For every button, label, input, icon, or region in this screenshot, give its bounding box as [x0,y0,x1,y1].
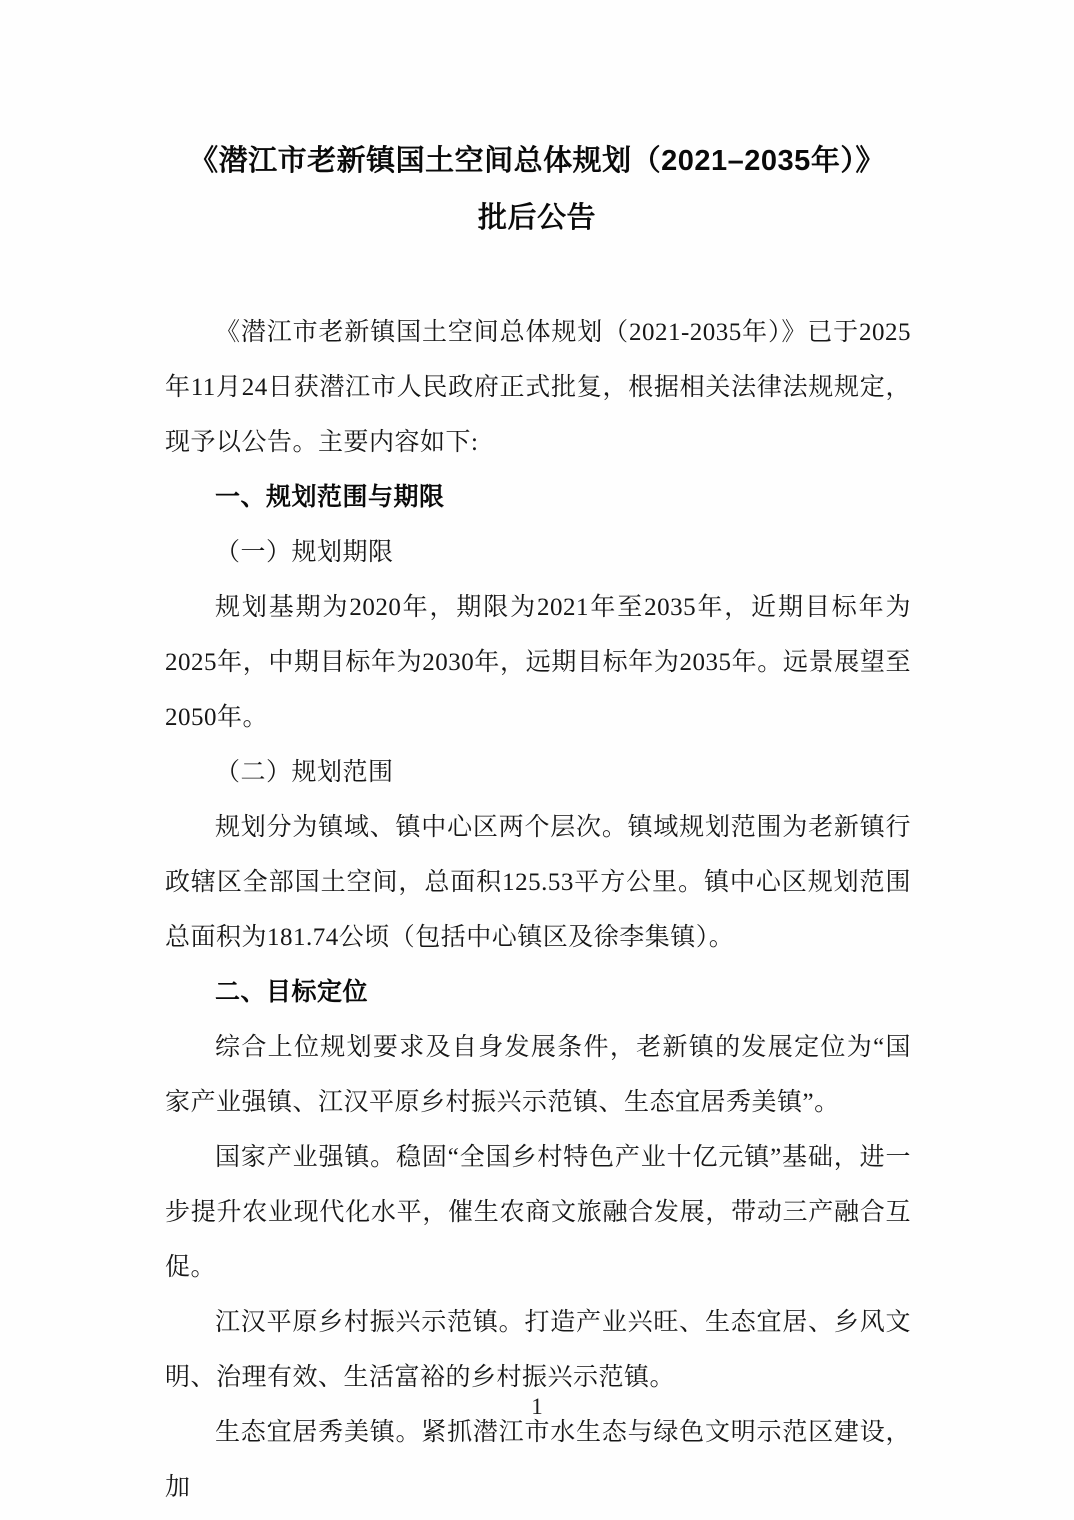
rural-revitalization-paragraph: 江汉平原乡村振兴示范镇。打造产业兴旺、生态宜居、乡风文明、治理有效、生活富裕的乡… [165,1295,911,1405]
planning-period-paragraph: 规划基期为2020年，期限为2021年至2035年，近期目标年为2025年，中期… [165,580,911,745]
intro-paragraph: 《潜江市老新镇国土空间总体规划（2021-2035年）》已于2025年11月24… [165,305,911,470]
document-title: 《潜江市老新镇国土空间总体规划（2021–2035年）》 批后公告 [0,0,1074,247]
planning-scope-paragraph: 规划分为镇域、镇中心区两个层次。镇域规划范围为老新镇行政辖区全部国土空间，总面积… [165,800,911,965]
document-body: 《潜江市老新镇国土空间总体规划（2021-2035年）》已于2025年11月24… [165,305,911,1515]
section-1-1-subheading: （一）规划期限 [165,525,911,580]
document-title-line2: 批后公告 [0,190,1074,247]
document-title-line1: 《潜江市老新镇国土空间总体规划（2021–2035年）》 [0,133,1074,190]
page-number: 1 [0,1392,1074,1422]
document-page: 《潜江市老新镇国土空间总体规划（2021–2035年）》 批后公告 《潜江市老新… [0,0,1074,1520]
industry-town-paragraph: 国家产业强镇。稳固“全国乡村特色产业十亿元镇”基础，进一步提升农业现代化水平，催… [165,1130,911,1295]
section-1-2-subheading: （二）规划范围 [165,745,911,800]
positioning-paragraph: 综合上位规划要求及自身发展条件，老新镇的发展定位为“国家产业强镇、江汉平原乡村振… [165,1020,911,1130]
section-2-heading: 二、目标定位 [165,965,911,1020]
section-1-heading: 一、规划范围与期限 [165,470,911,525]
